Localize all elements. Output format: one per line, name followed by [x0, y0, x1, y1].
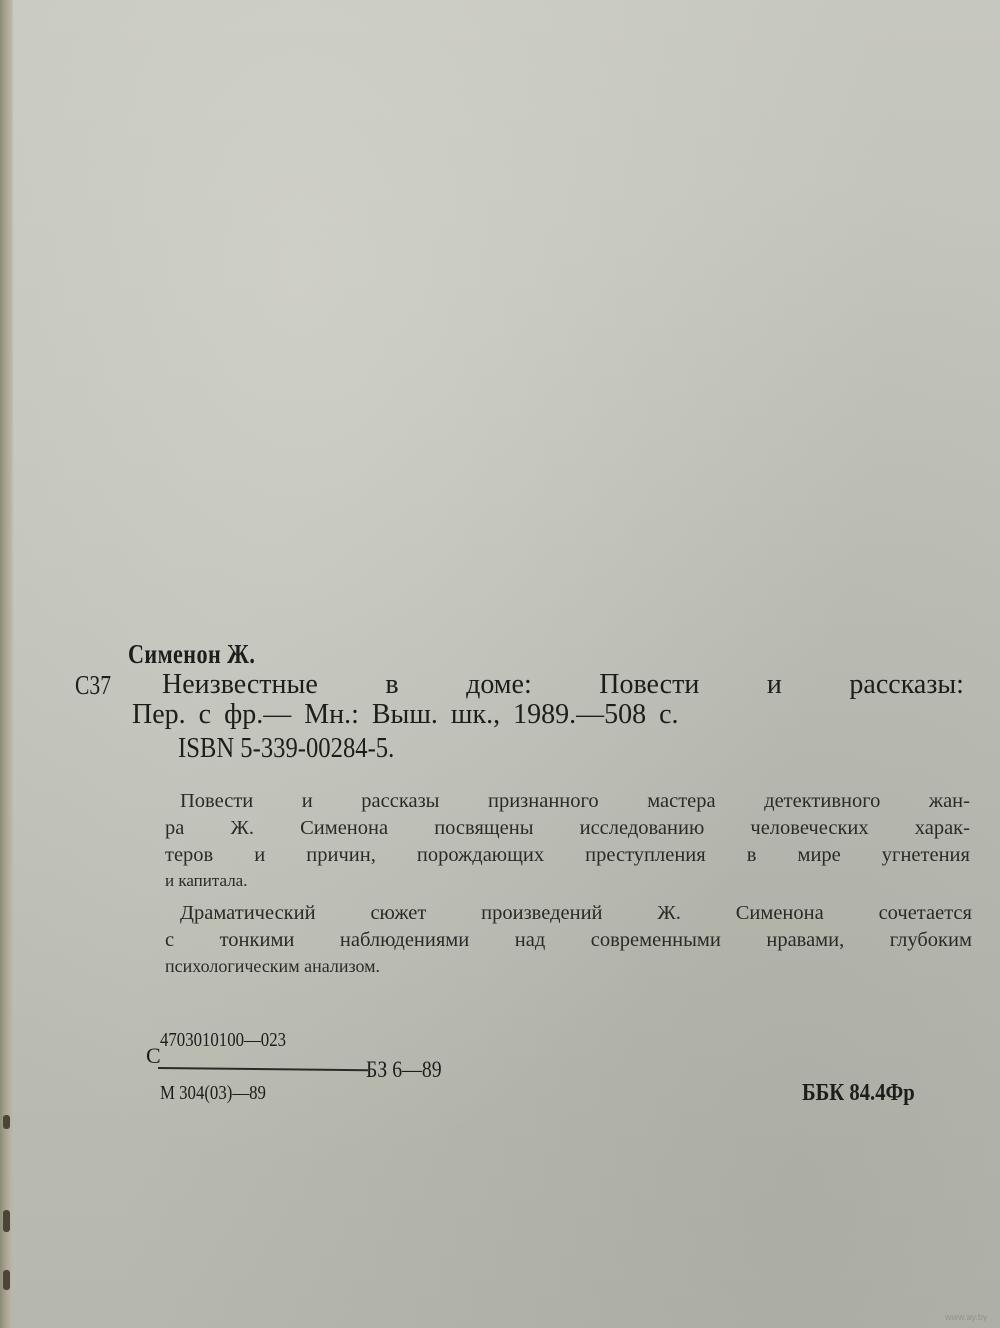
word: Ж.	[230, 818, 254, 839]
word: угнетения	[882, 845, 970, 866]
publication-info: Пер. с фр.— Мн.: Выш. шк., 1989.—508 с.	[132, 701, 679, 729]
word: мастера	[647, 791, 715, 812]
word: современными	[591, 930, 721, 951]
word: в	[747, 845, 757, 866]
word: тонкими	[220, 930, 295, 951]
annotation-line: Драматический сюжет произведений Ж. Симе…	[180, 903, 972, 924]
word: харак-	[915, 818, 970, 839]
word: Драматический	[180, 903, 316, 924]
annotation-line: с тонкими наблюдениями над современными …	[165, 930, 972, 951]
annotation-line: ра Ж. Сименона посвящены исследованию че…	[165, 818, 970, 839]
title-word: рассказы:	[849, 671, 964, 699]
word: преступления	[585, 845, 706, 866]
title-word: в	[385, 671, 398, 699]
word: и	[254, 845, 265, 866]
annotation-line: теров и причин, порождающих преступления…	[165, 845, 970, 866]
word: ра	[165, 818, 184, 839]
fraction-line	[158, 1067, 368, 1071]
word: и	[302, 791, 313, 812]
catalog-code-denominator: М 304(03)—89	[160, 1083, 266, 1103]
word: жан-	[929, 791, 970, 812]
word: порождающих	[417, 845, 544, 866]
word: теров	[165, 845, 213, 866]
word: человеческих	[750, 818, 868, 839]
watermark: www.ay.by	[945, 1313, 987, 1322]
isbn: ISBN 5-339-00284-5.	[178, 735, 394, 763]
binding-thread-mark	[3, 1115, 10, 1129]
word: с	[165, 930, 174, 951]
word: глубоким	[890, 930, 972, 951]
word: Ж.	[657, 903, 681, 924]
word: над	[515, 930, 546, 951]
word: признанного	[488, 791, 599, 812]
word: нравами,	[766, 930, 844, 951]
catalog-code-numerator: 4703010100—023	[160, 1030, 286, 1050]
title-word: Повести	[599, 671, 699, 699]
word: сюжет	[370, 903, 426, 924]
author-index-code: С37	[75, 672, 111, 699]
author-name: Сименон Ж.	[128, 641, 255, 668]
book-page: Сименон Ж. С37 Неизвестные в доме: Повес…	[0, 0, 1000, 1328]
annotation-line: психологическим анализом.	[165, 957, 380, 975]
word: наблюдениями	[340, 930, 469, 951]
binding-thread-mark	[3, 1270, 10, 1290]
annotation-line: Повести и рассказы признанного мастера д…	[180, 791, 970, 812]
title-word: Неизвестные	[162, 671, 318, 699]
word: посвящены	[434, 818, 533, 839]
annotation-line: и капитала.	[165, 872, 247, 889]
bbk-classification: ББК 84.4Фр	[802, 1081, 915, 1105]
word: рассказы	[361, 791, 439, 812]
word: детективного	[764, 791, 880, 812]
title-line: Неизвестные в доме: Повести и рассказы:	[162, 671, 964, 699]
word: произведений	[481, 903, 602, 924]
page-spine-edge	[0, 0, 14, 1328]
word: сочетается	[879, 903, 972, 924]
binding-thread-mark	[3, 1210, 10, 1232]
title-word: доме:	[466, 671, 532, 699]
word: Сименона	[300, 818, 388, 839]
word: исследованию	[580, 818, 705, 839]
title-word: и	[767, 671, 782, 699]
word: Сименона	[736, 903, 824, 924]
word: причин,	[306, 845, 376, 866]
word: Повести	[180, 791, 253, 812]
word: мире	[797, 845, 840, 866]
catalog-code-suffix: БЗ 6—89	[366, 1058, 442, 1081]
catalog-code-prefix: С	[146, 1045, 161, 1067]
